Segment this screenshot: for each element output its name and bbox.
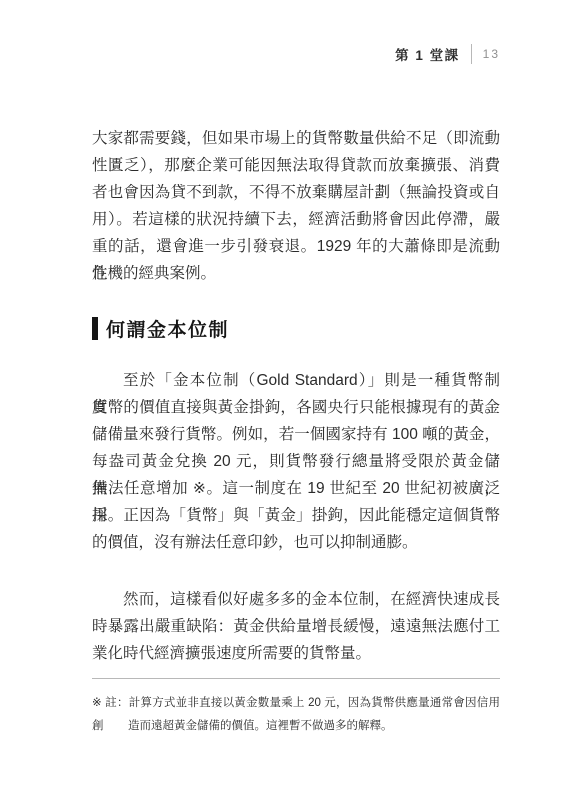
paragraph-gold-standard-flaw: 然而，這樣看似好處多多的金本位制，在經濟快速成長 時暴露出嚴重缺陷：黃金供給量增… xyxy=(92,586,500,667)
text-line: 儲備量來發行貨幣。例如，若一個國家持有 100 噸的黃金， xyxy=(92,421,500,448)
footnote-line: ※ 註：計算方式並非直接以黃金數量乘上 20 元，因為貨幣供應量通常會因信用創 xyxy=(92,692,500,715)
text-line: 然而，這樣看似好處多多的金本位制，在經濟快速成長 xyxy=(92,586,500,613)
footnote-divider xyxy=(92,678,500,679)
footnote-line: 造而遠超黃金儲備的價值。這裡暫不做過多的解釋。 xyxy=(92,715,500,738)
book-page: 第 1 堂課 13 大家都需要錢，但如果市場上的貨幣數量供給不足（即流動 性匱乏… xyxy=(0,0,564,800)
text-line: 貨幣的價值直接與黃金掛鉤，各國央行只能根據現有的黃金 xyxy=(92,394,500,421)
section-heading: 何謂金本位制 xyxy=(92,315,500,342)
text-line: 時暴露出嚴重缺陷：黃金供給量增長緩慢，遠遠無法應付工 xyxy=(92,613,500,640)
header-divider xyxy=(471,44,472,64)
text-line: 用。正因為「貨幣」與「黃金」掛鉤，因此能穩定這個貨幣 xyxy=(92,502,500,529)
text-line: 至於「金本位制（Gold Standard）」則是一種貨幣制度。 xyxy=(92,367,500,394)
text-line: 的價值，沒有辦法任意印鈔，也可以抑制通膨。 xyxy=(92,529,500,556)
text-line: 者也會因為貸不到款，不得不放棄購屋計劃（無論投資或自 xyxy=(92,179,500,206)
section-heading-label: 何謂金本位制 xyxy=(106,315,229,342)
text-line: 性匱乏），那麼企業可能因無法取得貸款而放棄擴張、消費 xyxy=(92,152,500,179)
text-line: 重的話，還會進一步引發衰退。1929 年的大蕭條即是流動性 xyxy=(92,233,500,260)
paragraph-liquidity-crisis: 大家都需要錢，但如果市場上的貨幣數量供給不足（即流動 性匱乏），那麼企業可能因無… xyxy=(92,125,500,287)
chapter-label: 第 1 堂課 xyxy=(395,44,460,64)
page-number: 13 xyxy=(483,47,500,61)
text-line: 危機的經典案例。 xyxy=(92,260,500,287)
text-line: 每盎司黃金兌換 20 元，則貨幣發行總量將受限於黃金儲備， xyxy=(92,448,500,475)
text-line: 大家都需要錢，但如果市場上的貨幣數量供給不足（即流動 xyxy=(92,125,500,152)
footnote: ※ 註：計算方式並非直接以黃金數量乘上 20 元，因為貨幣供應量通常會因信用創 … xyxy=(92,692,500,738)
page-header: 第 1 堂課 13 xyxy=(92,42,500,66)
text-line: 業化時代經濟擴張速度所需要的貨幣量。 xyxy=(92,640,500,667)
paragraph-gold-standard: 至於「金本位制（Gold Standard）」則是一種貨幣制度。 貨幣的價值直接… xyxy=(92,367,500,556)
text-line: 用）。若這樣的狀況持續下去，經濟活動將會因此停滯，嚴 xyxy=(92,206,500,233)
heading-bar-icon xyxy=(92,317,98,340)
text-line: 無法任意增加 ※。這一制度在 19 世紀至 20 世紀初被廣泛採 xyxy=(92,475,500,502)
